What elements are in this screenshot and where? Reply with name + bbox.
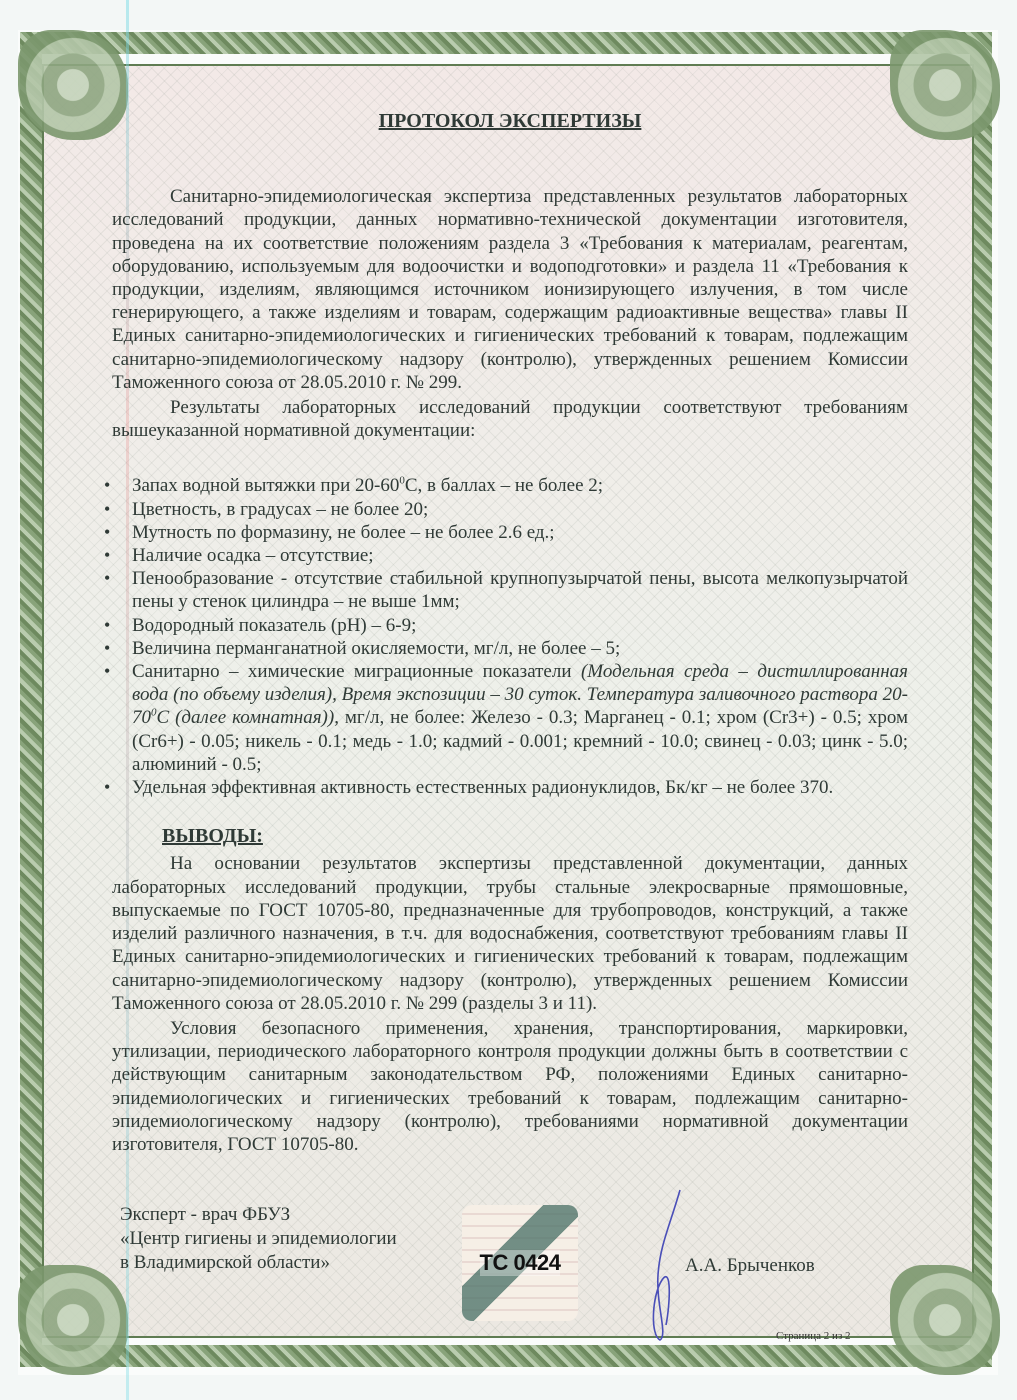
list-item: Водородный показатель (pH) – 6-9; (112, 614, 908, 637)
list-item: Удельная эффективная активность естестве… (112, 776, 908, 799)
list-item: Запах водной вытяжки при 20-600С, в балл… (112, 474, 908, 497)
list-item: Величина перманганатной окисляемости, мг… (112, 637, 908, 660)
intro-paragraph: Результаты лабораторных исследований про… (112, 396, 908, 442)
list-item: Цветность, в градусах – не более 20; (112, 498, 908, 521)
expert-name: А.А. Брыченков (685, 1255, 815, 1277)
list-item: Мутность по формазину, не более – не бол… (112, 521, 908, 544)
intro-paragraph: Санитарно-эпидемиологическая экспертиза … (112, 185, 908, 394)
conclusion-paragraph: Условия безопасного применения, хранения… (112, 1017, 908, 1156)
list-item: Наличие осадка – отсутствие; (112, 544, 908, 567)
corner-ornament-icon (18, 1265, 128, 1375)
hologram-code: TC 0424 (480, 1250, 561, 1276)
page-number: Страница 2 из 2 (776, 1330, 851, 1342)
document-body: ПРОТОКОЛ ЭКСПЕРТИЗЫ Санитарно-эпидемиоло… (112, 100, 908, 1156)
expert-position: Эксперт - врач ФБУЗ «Центр гигиены и эпи… (120, 1203, 397, 1275)
document-title: ПРОТОКОЛ ЭКСПЕРТИЗЫ (112, 110, 908, 133)
conclusion-paragraph: На основании результатов экспертизы пред… (112, 852, 908, 1014)
corner-ornament-icon (890, 1265, 1000, 1375)
hologram-sticker: TC 0424 (462, 1205, 578, 1321)
conclusions-heading: ВЫВОДЫ: (162, 825, 908, 848)
requirements-list: Запах водной вытяжки при 20-600С, в балл… (112, 474, 908, 799)
list-item: Санитарно – химические миграционные пока… (112, 660, 908, 776)
list-item: Пенообразование - отсутствие стабильной … (112, 567, 908, 613)
